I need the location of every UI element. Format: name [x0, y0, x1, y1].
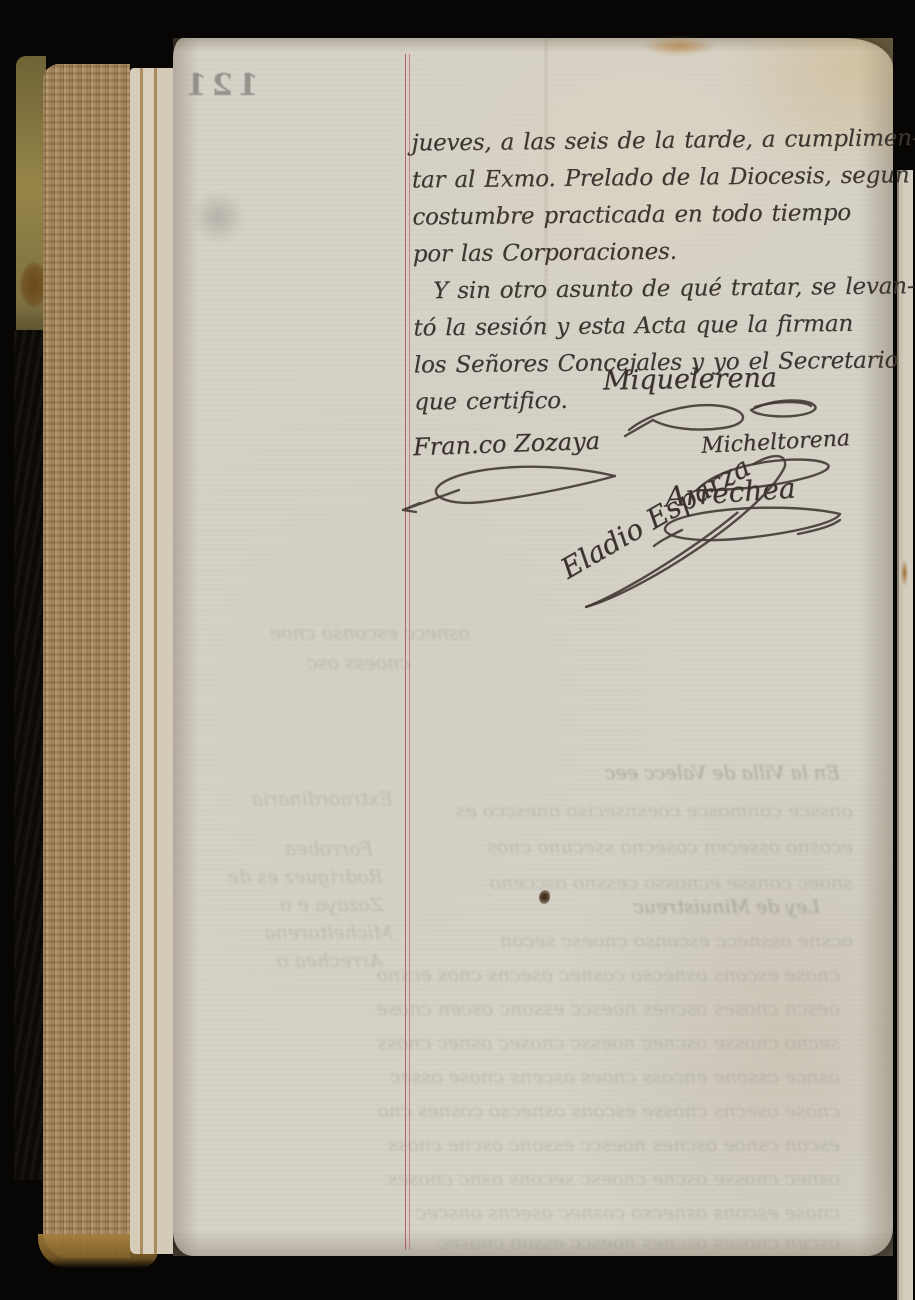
signature-zozaya: Fran.co Zozaya [413, 427, 601, 462]
showthrough-line: cnose osecns cnosse escons osnecso cosne… [200, 1100, 840, 1122]
showthrough-line: ecosno ossecen cosecno ssecuno cnos [423, 836, 853, 858]
showthrough-line: En la Villa de Valecc eec [420, 762, 840, 784]
showthrough-line: cnose escons osnecso cosnec osecns cnos … [200, 964, 840, 986]
manuscript-page: 121 jueves, a las seis de la tarde, a cu… [173, 38, 893, 1256]
showthrough-line: Rodriguez es de [193, 866, 383, 888]
facing-page-stain [901, 560, 908, 586]
gutter-shadow [173, 38, 199, 1256]
showthrough-line: Micheltorena [193, 922, 393, 944]
showthrough-line: escon csnoe oscnes noescc essonc oscne c… [200, 1134, 840, 1156]
page-edge-stack [43, 64, 130, 1258]
facing-page-edge [897, 170, 913, 1300]
showthrough-line: Forrobea [193, 838, 373, 860]
showthrough-line: secno cnosse oscnec noessc cnosec osnec … [200, 1032, 840, 1054]
showthrough-line: osnce cssone encoss cnoes oscens cnose o… [200, 1066, 840, 1088]
showthrough-line: Extraordinaria [193, 788, 393, 810]
scanned-book-photo: 121 jueves, a las seis de la tarde, a cu… [0, 0, 915, 1300]
showthrough-line: Ley de Minuistreuc [420, 896, 820, 918]
showthrough-line: osnecc esconso cnoe [210, 622, 470, 644]
showthrough-line: osnec cnosse oscne cnoesc secons osnc cn… [200, 1168, 840, 1190]
text-line: costumbre practicada en todo tiempo [412, 200, 890, 242]
underlying-page-edges [130, 68, 173, 1254]
showthrough-page-number: 121 [181, 68, 259, 103]
signature-miquelerena: Miquelerena [603, 362, 777, 396]
text-line: por las Corporaciones. [413, 236, 891, 278]
gray-smudge [191, 190, 245, 244]
text-line: tar al Exmo. Prelado de la Diocesis, seg… [412, 163, 890, 205]
showthrough-line: snoec consse ecnosso cessno oscceno [423, 872, 853, 894]
book-cover-leather [14, 330, 46, 1180]
showthrough-line: ocsne ossnecc esconso cnoesc secon [423, 930, 853, 952]
showthrough-line: cnoess osc [210, 652, 410, 674]
text-line: jueves, a las seis de la tarde, a cumpli… [411, 126, 889, 168]
showthrough-line: onssce conmosce coesnseciso onescco es [423, 800, 853, 822]
text-line: tó la sesión y esta Acta que la firman [413, 310, 891, 352]
showthrough-line: cnose escons osnecso cosnec osecns onsce… [200, 1202, 840, 1224]
showthrough-line: oscen cnoses oscnes noescc esson cnosec [200, 1232, 840, 1254]
showthrough-line: oescn cnoses oscnes noescc essonc oscen … [200, 998, 840, 1020]
top-edge-shadow [173, 38, 893, 52]
top-edge-stain [643, 36, 715, 56]
text-line: Y sin otro asunto de qué tratar, se leva… [413, 273, 891, 315]
showthrough-line: Zozaya e o [193, 894, 383, 916]
